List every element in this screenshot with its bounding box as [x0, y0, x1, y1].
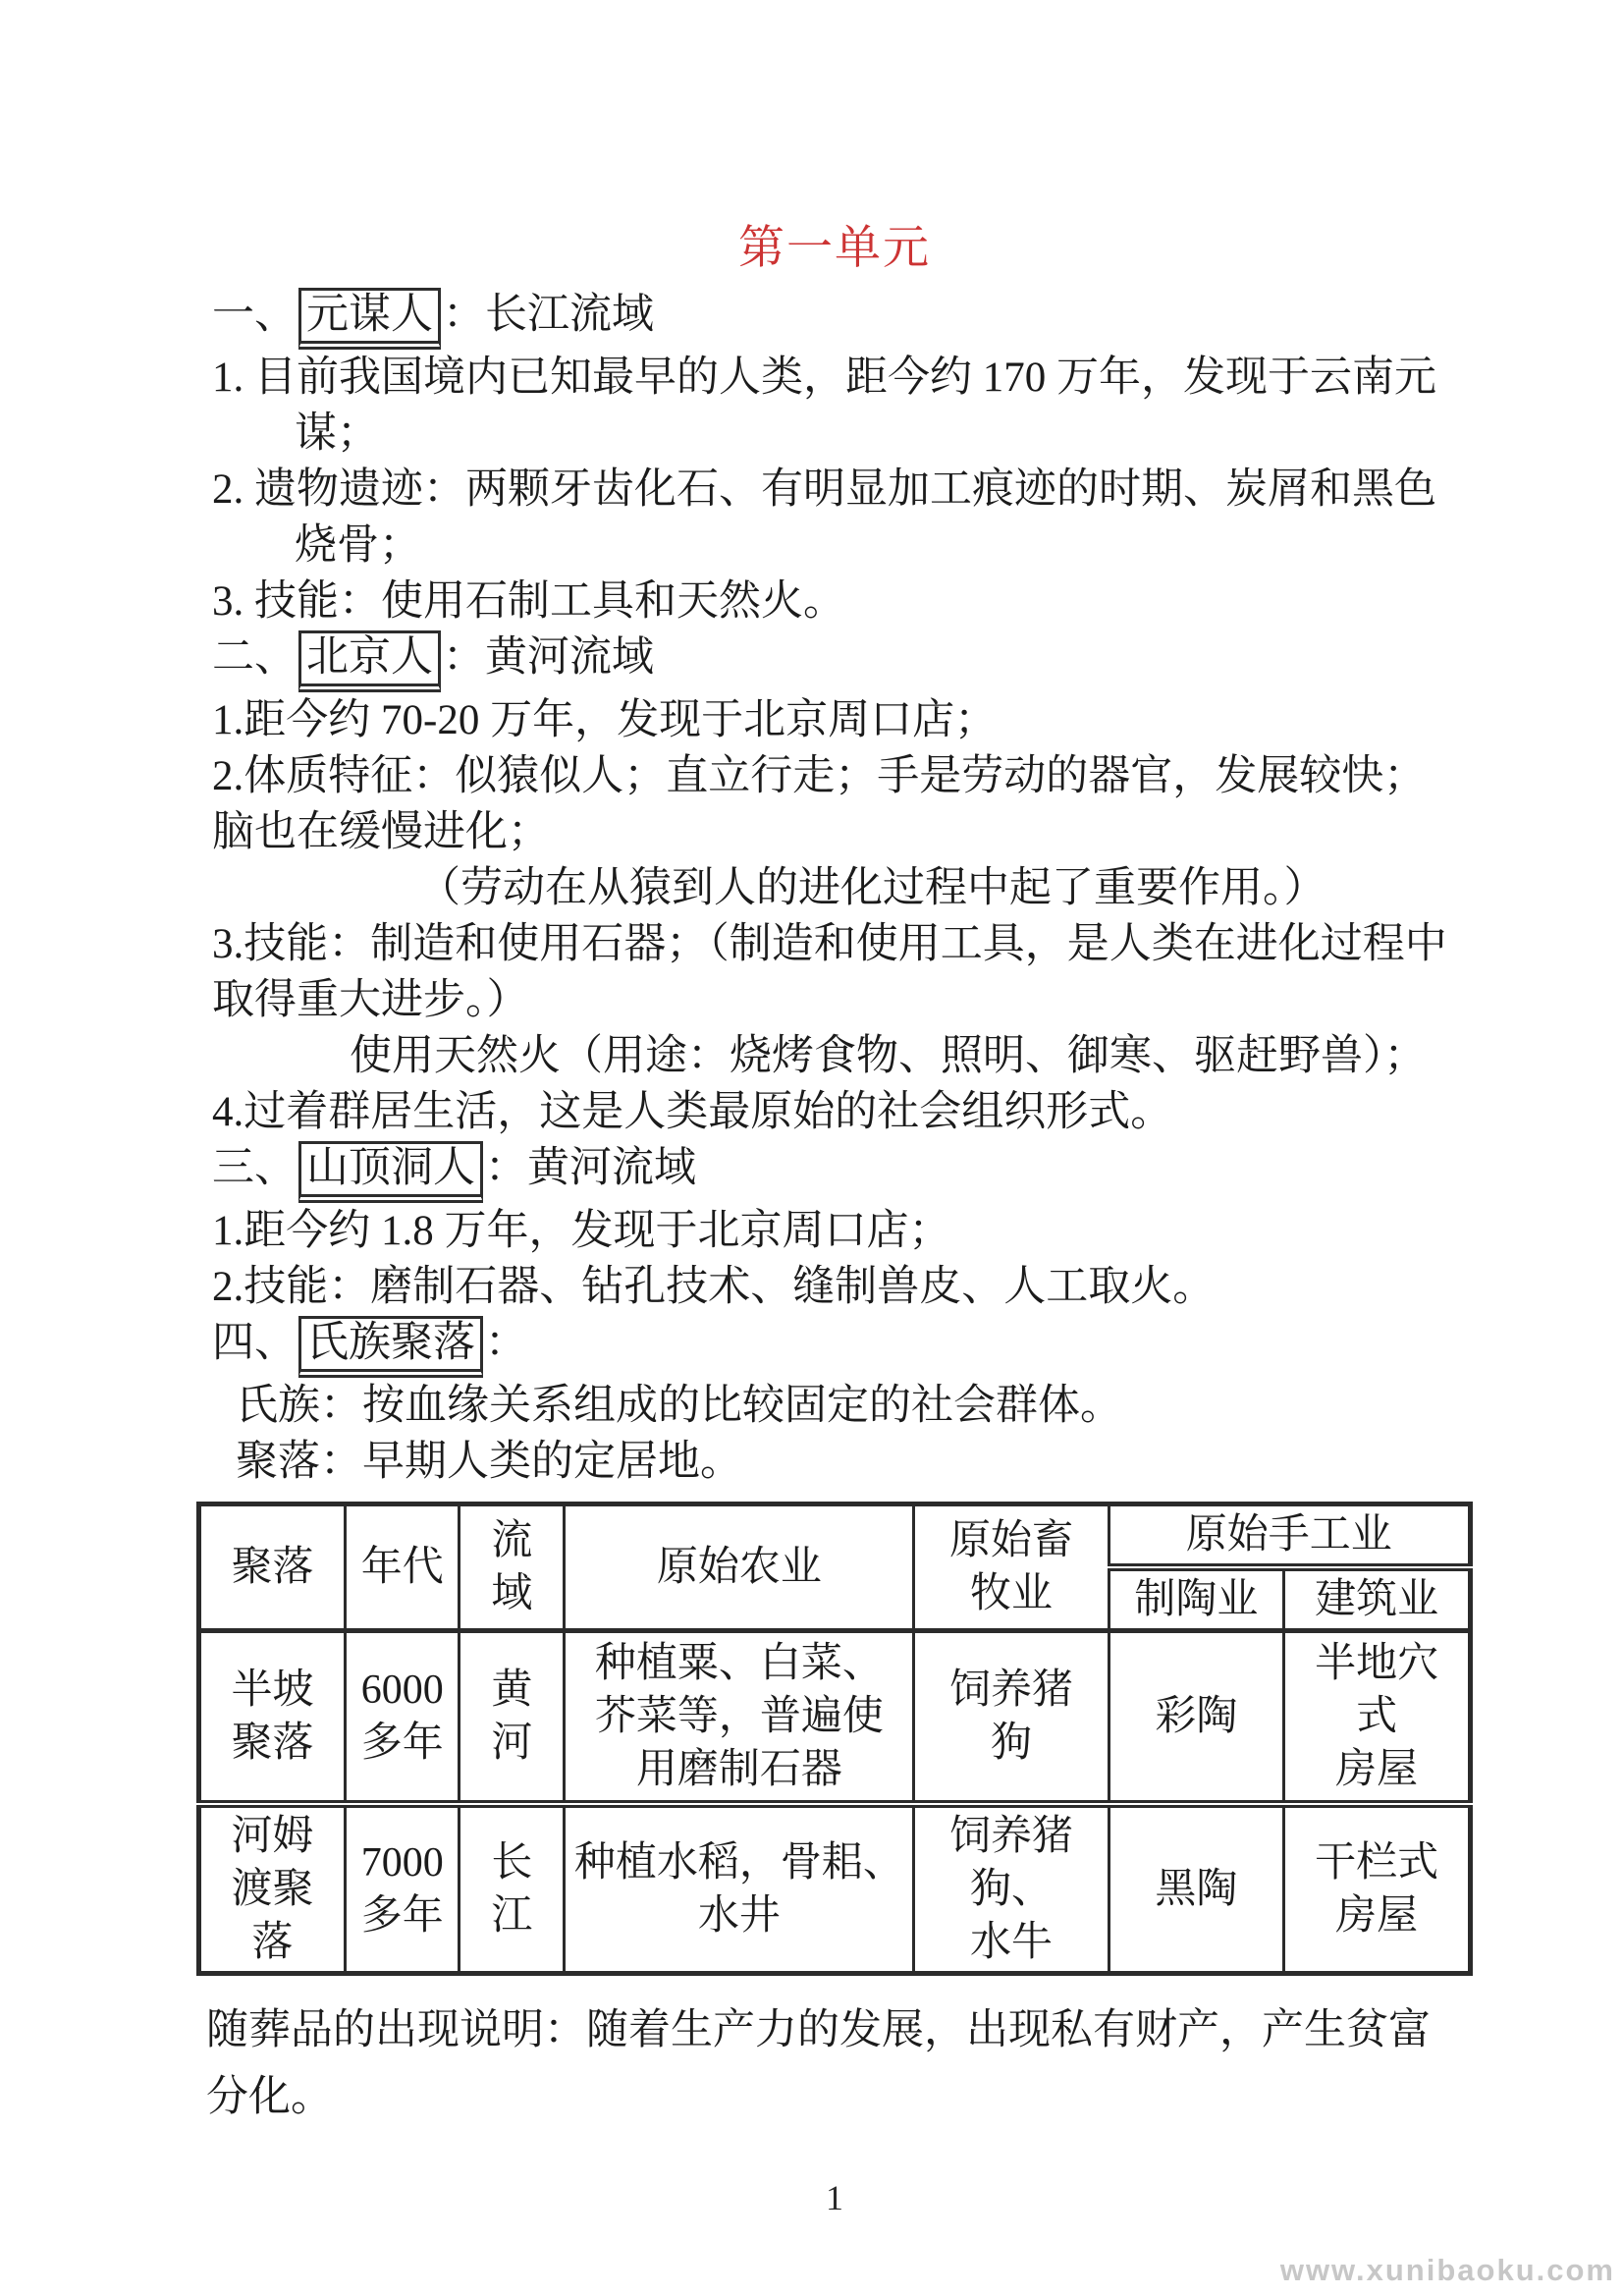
section-heading-shizujuluo: 四、氏族聚落： — [212, 1315, 1473, 1378]
text-line: 氏族：按血缘关系组成的比较固定的社会群体。 — [236, 1378, 1473, 1434]
cell-pottery: 黑陶 — [1109, 1804, 1284, 1974]
section-heading-yuanmouren: 一、元谋人：长江流域 — [212, 287, 1473, 350]
text-line: 2.体质特征：似猿似人；直立行走；手是劳动的器官，发展较快； — [212, 748, 1473, 804]
col-header-husbandry: 原始畜 牧业 — [914, 1504, 1109, 1631]
page-title: 第一单元 — [196, 218, 1473, 279]
col-header-agriculture: 原始农业 — [565, 1504, 914, 1631]
text-line: 1.距今约 70-20 万年，发现于北京周口店； — [212, 692, 1473, 748]
cell-architecture: 半地穴 式 房屋 — [1284, 1631, 1471, 1805]
heading-prefix: 四、 — [212, 1320, 297, 1366]
closing-note: 随葬品的出现说明：随着生产力的发展，出现私有财产，产生贫富 分化。 — [196, 1997, 1473, 2131]
cell-settlement: 半坡 聚落 — [199, 1631, 346, 1805]
cell-basin: 黄 河 — [460, 1631, 565, 1805]
section-heading-beijingren: 二、北京人：黄河流域 — [212, 629, 1473, 692]
settlements-table: 聚落 年代 流 域 原始农业 原始畜 牧业 原始手工业 制陶业 建筑业 半坡 聚… — [196, 1502, 1473, 1976]
col-header-handicraft-group: 原始手工业 — [1109, 1504, 1470, 1568]
cell-settlement: 河姆 渡聚 落 — [199, 1804, 346, 1974]
cell-pottery: 彩陶 — [1109, 1631, 1284, 1805]
col-header-architecture: 建筑业 — [1284, 1567, 1471, 1631]
cell-architecture: 干栏式 房屋 — [1284, 1804, 1471, 1974]
text-line: 1.距今约 1.8 万年，发现于北京周口店； — [212, 1203, 1473, 1259]
text-line: 聚落：早期人类的定居地。 — [236, 1434, 1473, 1490]
boxed-term: 氏族聚落 — [298, 1316, 483, 1378]
text-line: 3. 技能：使用石制工具和天然火。 — [212, 574, 1473, 629]
text-line: 谋； — [295, 406, 1473, 462]
watermark: www.xunibaoku.com — [1280, 2253, 1615, 2288]
text-line: 分化。 — [206, 2064, 1473, 2131]
heading-prefix: 一、 — [212, 292, 297, 338]
col-header-basin: 流 域 — [460, 1504, 565, 1631]
page-content: 第一单元 一、元谋人：长江流域 1. 目前我国境内已知最早的人类，距今约 170… — [196, 0, 1473, 2219]
notes-body: 一、元谋人：长江流域 1. 目前我国境内已知最早的人类，距今约 170 万年，发… — [196, 287, 1473, 1490]
heading-suffix: ：黄河流域 — [485, 1145, 696, 1191]
boxed-term: 元谋人 — [298, 288, 441, 350]
cell-era: 7000 多年 — [345, 1804, 460, 1974]
cell-husbandry: 饲养猪 狗 — [914, 1631, 1109, 1805]
text-line: 4.过着群居生活，这是人类最原始的社会组织形式。 — [212, 1084, 1473, 1140]
text-line: 2.技能：磨制石器、钻孔技术、缝制兽皮、人工取火。 — [212, 1259, 1473, 1315]
col-header-era: 年代 — [345, 1504, 460, 1631]
text-line: 使用天然火（用途：烧烤食物、照明、御寒、驱赶野兽）； — [350, 1028, 1473, 1084]
cell-husbandry: 饲养猪 狗、 水牛 — [914, 1804, 1109, 1974]
page-number: 1 — [196, 2176, 1473, 2219]
heading-suffix: ： — [485, 1320, 527, 1366]
col-header-settlement: 聚落 — [199, 1504, 346, 1631]
heading-prefix: 二、 — [212, 634, 297, 681]
heading-prefix: 三、 — [212, 1145, 297, 1191]
text-line: 3.技能：制造和使用石器；（制造和使用工具，是人类在进化过程中 — [212, 916, 1473, 972]
text-line: 取得重大进步。） — [212, 972, 1473, 1028]
boxed-term: 北京人 — [298, 630, 441, 692]
cell-agriculture: 种植粟、白菜、 芥菜等，普遍使 用磨制石器 — [565, 1631, 914, 1805]
cell-basin: 长 江 — [460, 1804, 565, 1974]
text-line: 随葬品的出现说明：随着生产力的发展，出现私有财产，产生贫富 — [206, 1997, 1473, 2064]
text-line: （劳动在从猿到人的进化过程中起了重要作用。） — [418, 860, 1473, 916]
cell-era: 6000 多年 — [345, 1631, 460, 1805]
section-heading-shandingdongren: 三、山顶洞人：黄河流域 — [212, 1140, 1473, 1203]
heading-suffix: ：长江流域 — [443, 292, 654, 338]
boxed-term: 山顶洞人 — [298, 1141, 483, 1203]
col-header-pottery: 制陶业 — [1109, 1567, 1284, 1631]
text-line: 脑也在缓慢进化； — [212, 804, 1473, 860]
table-row-hemudu: 河姆 渡聚 落 7000 多年 长 江 种植水稻，骨耜、 水井 饲养猪 狗、 水… — [199, 1804, 1471, 1974]
cell-agriculture: 种植水稻，骨耜、 水井 — [565, 1804, 914, 1974]
table-row-banpo: 半坡 聚落 6000 多年 黄 河 种植粟、白菜、 芥菜等，普遍使 用磨制石器 … — [199, 1631, 1471, 1805]
heading-suffix: ：黄河流域 — [443, 634, 654, 681]
text-line: 1. 目前我国境内已知最早的人类，距今约 170 万年，发现于云南元 — [212, 350, 1473, 406]
text-line: 烧骨； — [295, 518, 1473, 574]
document-page: 第一单元 一、元谋人：长江流域 1. 目前我国境内已知最早的人类，距今约 170… — [0, 0, 1623, 2296]
text-line: 2. 遗物遗迹：两颗牙齿化石、有明显加工痕迹的时期、炭屑和黑色 — [212, 462, 1473, 518]
